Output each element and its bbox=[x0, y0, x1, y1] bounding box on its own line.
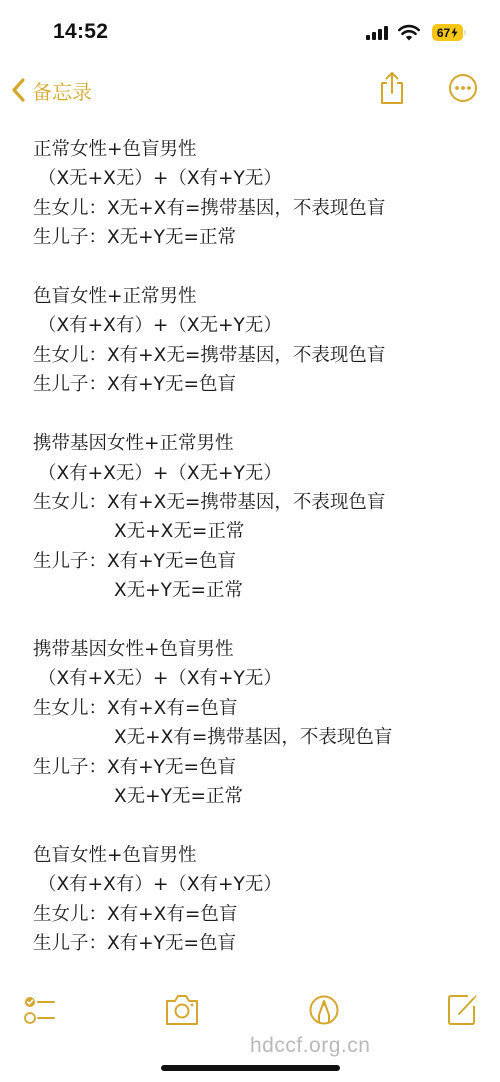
compose-icon[interactable] bbox=[442, 990, 482, 1030]
ellipsis-circle-icon[interactable] bbox=[448, 73, 478, 103]
daughter-line: 生女儿：X有+X有=色盲 bbox=[33, 694, 483, 723]
battery-cap bbox=[464, 30, 466, 35]
son-line: 生儿子：X有+Y无=色盲 bbox=[33, 929, 483, 958]
status-time: 14:52 bbox=[53, 20, 108, 44]
note-section: 携带基因女性+色盲男性 （X有+X无）+（X有+Y无） 生女儿：X有+X有=色盲… bbox=[33, 635, 483, 811]
pen-tip-circle-icon[interactable] bbox=[304, 990, 344, 1030]
genotype-line: （X有+X有）+（X无+Y无） bbox=[33, 311, 483, 340]
son-line-cont: X无+Y无=正常 bbox=[33, 576, 483, 605]
note-section: 色盲女性+正常男性 （X有+X有）+（X无+Y无） 生女儿：X有+X无=携带基因… bbox=[33, 282, 483, 400]
battery-indicator: 67 bbox=[432, 24, 463, 41]
section-title: 色盲女性+色盲男性 bbox=[33, 841, 483, 870]
cellular-signal-icon bbox=[366, 26, 390, 40]
wifi-icon bbox=[398, 24, 420, 41]
daughter-line: 生女儿：X有+X有=色盲 bbox=[33, 900, 483, 929]
genotype-line: （X无+X无）+（X有+Y无） bbox=[33, 164, 483, 193]
battery-level: 67 bbox=[437, 26, 450, 40]
watermark: hdccf.org.cn bbox=[250, 1034, 370, 1058]
camera-icon[interactable] bbox=[162, 990, 202, 1030]
back-label: 备忘录 bbox=[32, 76, 92, 105]
back-button[interactable]: 备忘录 bbox=[10, 74, 92, 106]
daughter-line: 生女儿：X无+X有=携带基因，不表现色盲 bbox=[33, 194, 483, 223]
son-line: 生儿子：X无+Y无=正常 bbox=[33, 223, 483, 252]
daughter-line: 生女儿：X有+X无=携带基因，不表现色盲 bbox=[33, 488, 483, 517]
daughter-line-cont: X无+X无=正常 bbox=[33, 517, 483, 546]
charging-bolt-icon bbox=[451, 27, 458, 38]
note-section: 正常女性+色盲男性 （X无+X无）+（X有+Y无） 生女儿：X无+X有=携带基因… bbox=[33, 135, 483, 253]
son-line: 生儿子：X有+Y无=色盲 bbox=[33, 547, 483, 576]
checklist-icon[interactable] bbox=[20, 990, 60, 1030]
chevron-left-icon bbox=[10, 77, 26, 103]
son-line-cont: X无+Y无=正常 bbox=[33, 782, 483, 811]
daughter-line: 生女儿：X有+X无=携带基因，不表现色盲 bbox=[33, 341, 483, 370]
section-title: 正常女性+色盲男性 bbox=[33, 135, 483, 164]
genotype-line: （X有+X无）+（X有+Y无） bbox=[33, 664, 483, 693]
share-icon[interactable] bbox=[378, 70, 406, 106]
note-section: 色盲女性+色盲男性 （X有+X有）+（X有+Y无） 生女儿：X有+X有=色盲 生… bbox=[33, 841, 483, 959]
son-line: 生儿子：X有+Y无=色盲 bbox=[33, 753, 483, 782]
son-line: 生儿子：X有+Y无=色盲 bbox=[33, 370, 483, 399]
bottom-toolbar bbox=[0, 990, 500, 1034]
section-title: 携带基因女性+色盲男性 bbox=[33, 635, 483, 664]
genotype-line: （X有+X有）+（X有+Y无） bbox=[33, 870, 483, 899]
genotype-line: （X有+X无）+（X无+Y无） bbox=[33, 459, 483, 488]
section-title: 携带基因女性+正常男性 bbox=[33, 429, 483, 458]
section-title: 色盲女性+正常男性 bbox=[33, 282, 483, 311]
nav-bar: 备忘录 bbox=[0, 66, 500, 116]
note-body[interactable]: 正常女性+色盲男性 （X无+X无）+（X有+Y无） 生女儿：X无+X有=携带基因… bbox=[33, 135, 483, 988]
home-indicator[interactable] bbox=[161, 1065, 340, 1071]
status-bar: 14:52 67 bbox=[0, 0, 500, 66]
daughter-line-cont: X无+X有=携带基因，不表现色盲 bbox=[33, 723, 483, 752]
note-section: 携带基因女性+正常男性 （X有+X无）+（X无+Y无） 生女儿：X有+X无=携带… bbox=[33, 429, 483, 605]
